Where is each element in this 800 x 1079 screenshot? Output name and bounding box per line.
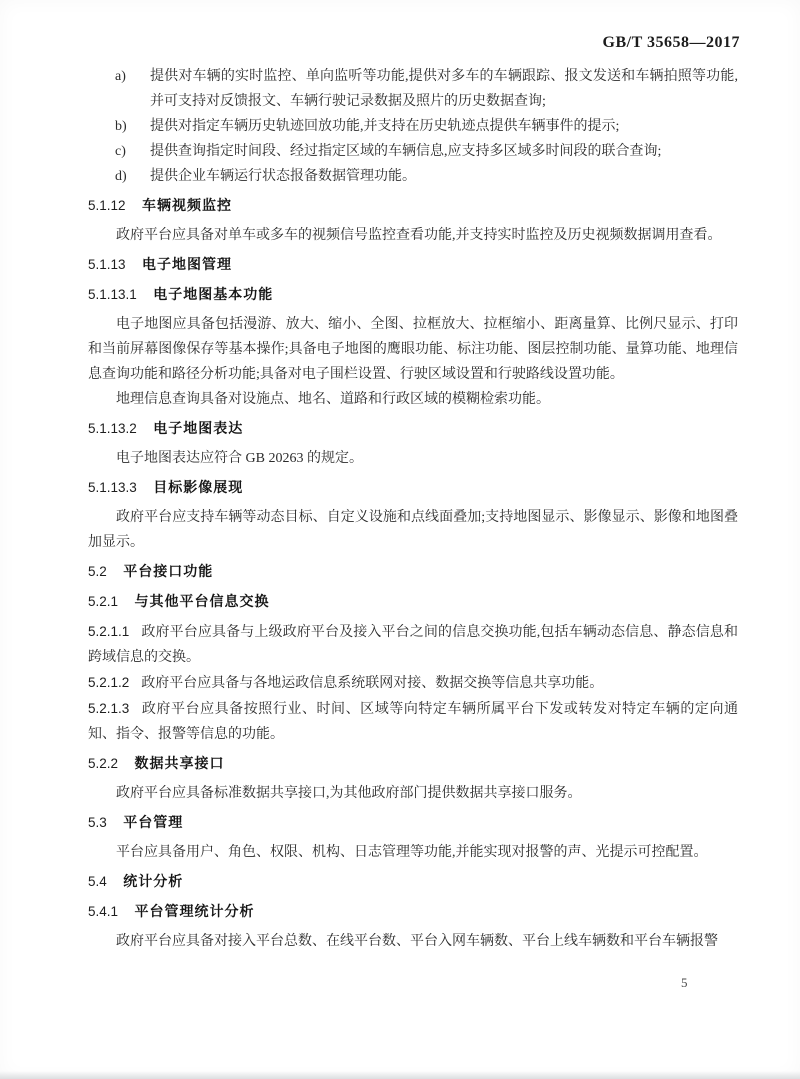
heading-5-2-2: 5.2.2 数据共享接口 — [88, 752, 738, 777]
section-number: 5.1.13 — [88, 257, 126, 272]
heading-5-1-13-2: 5.1.13.2 电子地图表达 — [88, 417, 738, 442]
section-number: 5.1.13.3 — [88, 480, 137, 495]
clause-text: 政府平台应具备按照行业、时间、区域等向特定车辆所属平台下发或转发对特定车辆的定向… — [88, 702, 738, 742]
section-number: 5.2 — [88, 564, 107, 579]
section-title: 目标影像展现 — [153, 481, 243, 496]
list-item-a: a) 提供对车辆的实时监控、单向监听等功能,提供对多车的车辆跟踪、报文发送和车辆… — [88, 64, 738, 114]
clause-number: 5.2.1.2 — [88, 675, 129, 690]
section-number: 5.3 — [88, 815, 107, 830]
section-title: 电子地图表达 — [153, 422, 243, 437]
scan-edge — [0, 1071, 800, 1079]
section-number: 5.1.13.1 — [88, 287, 137, 302]
section-title: 数据共享接口 — [135, 757, 225, 772]
clause-5-2-1-2: 5.2.1.2政府平台应具备与各地运政信息系统联网对接、数据交换等信息共享功能。 — [88, 670, 738, 696]
section-number: 5.4.1 — [88, 904, 118, 919]
clause-number: 5.2.1.1 — [88, 624, 129, 639]
list-item-label: c) — [115, 139, 150, 164]
list-item-b: b) 提供对指定车辆历史轨迹回放功能,并支持在历史轨迹点提供车辆事件的提示; — [88, 114, 738, 139]
paragraph-5-3: 平台应具备用户、角色、权限、机构、日志管理等功能,并能实现对报警的声、光提示可控… — [88, 840, 738, 865]
section-number: 5.2.2 — [88, 756, 118, 771]
paragraph-5-4-1: 政府平台应具备对接入平台总数、在线平台数、平台入网车辆数、平台上线车辆数和平台车… — [88, 929, 738, 954]
heading-5-2-1: 5.2.1 与其他平台信息交换 — [88, 590, 738, 615]
clause-number: 5.2.1.3 — [88, 701, 129, 716]
heading-5-1-13-1: 5.1.13.1 电子地图基本功能 — [88, 283, 738, 308]
section-title: 平台管理统计分析 — [135, 905, 255, 920]
heading-5-2: 5.2 平台接口功能 — [88, 560, 738, 585]
standard-number: GB/T 35658—2017 — [603, 34, 740, 51]
section-title: 统计分析 — [123, 875, 183, 890]
heading-5-3: 5.3 平台管理 — [88, 811, 738, 836]
page-header: GB/T 35658—2017 — [0, 0, 800, 54]
paragraph-5-1-13-1b: 地理信息查询具备对设施点、地名、道路和行政区域的模糊检索功能。 — [88, 387, 738, 412]
section-title: 与其他平台信息交换 — [135, 595, 270, 610]
clause-5-2-1-1: 5.2.1.1政府平台应具备与上级政府平台及接入平台之间的信息交换功能,包括车辆… — [88, 619, 738, 670]
heading-5-4-1: 5.4.1 平台管理统计分析 — [88, 900, 738, 925]
section-title: 电子地图管理 — [142, 258, 232, 273]
list-item-text: 提供查询指定时间段、经过指定区域的车辆信息,应支持多区域多时间段的联合查询; — [150, 139, 738, 164]
section-title: 平台管理 — [123, 816, 183, 831]
section-title: 平台接口功能 — [123, 565, 213, 580]
paragraph-5-1-13-1a: 电子地图应具备包括漫游、放大、缩小、全图、拉框放大、拉框缩小、距离量算、比例尺显… — [88, 312, 738, 387]
clause-text: 政府平台应具备与各地运政信息系统联网对接、数据交换等信息共享功能。 — [141, 676, 603, 691]
section-number: 5.1.12 — [88, 198, 126, 213]
section-number: 5.1.13.2 — [88, 421, 137, 436]
section-title: 车辆视频监控 — [142, 199, 232, 214]
list-item-text: 提供企业车辆运行状态报备数据管理功能。 — [150, 164, 738, 189]
paragraph-5-1-13-2: 电子地图表达应符合 GB 20263 的规定。 — [88, 446, 738, 471]
document-content: a) 提供对车辆的实时监控、单向监听等功能,提供对多车的车辆跟踪、报文发送和车辆… — [0, 64, 800, 954]
section-number: 5.4 — [88, 874, 107, 889]
clause-5-2-1-3: 5.2.1.3政府平台应具备按照行业、时间、区域等向特定车辆所属平台下发或转发对… — [88, 696, 738, 747]
list-item-d: d) 提供企业车辆运行状态报备数据管理功能。 — [88, 164, 738, 189]
heading-5-4: 5.4 统计分析 — [88, 870, 738, 895]
paragraph-5-1-12: 政府平台应具备对单车或多车的视频信号监控查看功能,并支持实时监控及历史视频数据调… — [88, 223, 738, 248]
heading-5-1-12: 5.1.12 车辆视频监控 — [88, 194, 738, 219]
list-item-c: c) 提供查询指定时间段、经过指定区域的车辆信息,应支持多区域多时间段的联合查询… — [88, 139, 738, 164]
list-item-label: d) — [115, 164, 150, 189]
list-item-label: b) — [115, 114, 150, 139]
clause-text: 政府平台应具备与上级政府平台及接入平台之间的信息交换功能,包括车辆动态信息、静态… — [88, 625, 738, 665]
list-item-text: 提供对车辆的实时监控、单向监听等功能,提供对多车的车辆跟踪、报文发送和车辆拍照等… — [150, 64, 738, 114]
paragraph-5-1-13-3: 政府平台应支持车辆等动态目标、自定义设施和点线面叠加;支持地图显示、影像显示、影… — [88, 505, 738, 555]
paragraph-5-2-2: 政府平台应具备标准数据共享接口,为其他政府部门提供数据共享接口服务。 — [88, 781, 738, 806]
page-number: 5 — [681, 975, 688, 991]
section-title: 电子地图基本功能 — [153, 288, 273, 303]
heading-5-1-13-3: 5.1.13.3 目标影像展现 — [88, 476, 738, 501]
list-item-text: 提供对指定车辆历史轨迹回放功能,并支持在历史轨迹点提供车辆事件的提示; — [150, 114, 738, 139]
document-page: GB/T 35658—2017 a) 提供对车辆的实时监控、单向监听等功能,提供… — [0, 0, 800, 1079]
section-number: 5.2.1 — [88, 594, 118, 609]
list-item-label: a) — [115, 64, 150, 114]
heading-5-1-13: 5.1.13 电子地图管理 — [88, 253, 738, 278]
